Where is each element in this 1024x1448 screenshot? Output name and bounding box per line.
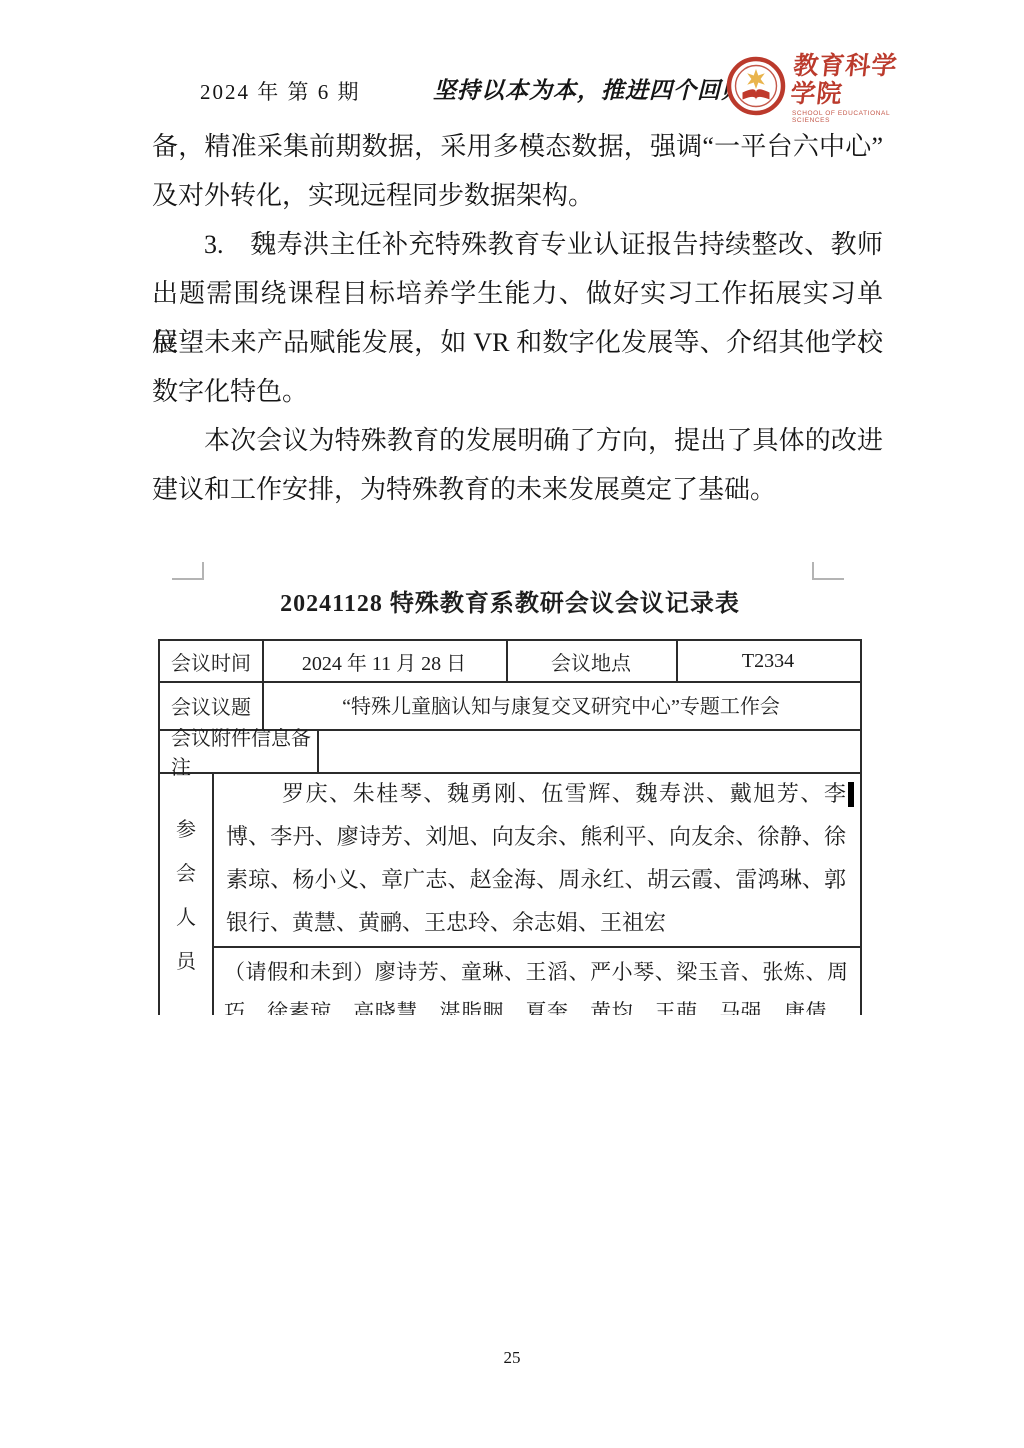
body-line: 3. 魏寿洪主任补充特殊教育专业认证报告持续整改、教师 [152,220,883,269]
body-line: 出题需围绕课程目标培养学生能力、做好实习工作拓展实习单位、 [152,269,883,318]
body-line: 数字化特色。 [152,367,883,416]
table-title: 20241128 特殊教育系教研会议会议记录表 [158,583,862,618]
school-logo: 教育科学学院 SCHOOL OF EDUCATIONAL SCIENCES [726,55,911,121]
meeting-location-label: 会议地点 [506,641,676,681]
body-line: 本次会议为特殊教育的发展明确了方向，提出了具体的改进 [152,416,883,465]
school-name-cn: 教育科学学院 [789,53,914,108]
text-boundary-corner-right [812,562,844,580]
school-emblem-icon [726,56,786,121]
participants-label-char: 会 [176,857,196,886]
participants-label-char: 参 [176,813,196,842]
issue-number: 2024 年 第 6 期 [200,76,361,106]
participants-label: 参 会 人 员 [160,772,212,1015]
participants-label-char: 人 [176,901,196,930]
body-line: 展望未来产品赋能发展，如 VR 和数字化发展等、介绍其他学校 [152,318,883,367]
header-slogan: 坚持以本为本，推进四个回归 [433,72,745,105]
attachment-note-label: 会议附件信息备注 [160,729,317,772]
absent-list: （请假和未到）廖诗芳、童琳、王滔、严小琴、梁玉音、张炼、周巧、徐素琼、高晓慧、湛… [212,946,860,1015]
attachment-note-value [317,729,860,772]
text-cursor [848,782,854,807]
document-page: 2024 年 第 6 期 坚持以本为本，推进四个回归 教育科学学院 SCHOOL… [0,0,1024,1448]
meeting-record-table: 会议时间 2024 年 11 月 28 日 会议地点 T2334 会议议题 “特… [158,639,862,1015]
body-line: 建议和工作安排，为特殊教育的未来发展奠定了基础。 [152,465,883,514]
page-number: 25 [0,1348,1024,1368]
body-line: 备，精准采集前期数据，采用多模态数据，强调“一平台六中心” [152,122,883,171]
body-text: 备，精准采集前期数据，采用多模态数据，强调“一平台六中心” 及对外转化，实现远程… [152,122,883,514]
body-line: 及对外转化，实现远程同步数据架构。 [152,171,883,220]
meeting-time-value: 2024 年 11 月 28 日 [262,641,506,681]
attendees-list: 罗庆、朱桂琴、魏勇刚、伍雪辉、魏寿洪、戴旭芳、李博、李丹、廖诗芳、刘旭、向友余、… [212,772,860,946]
meeting-location-value: T2334 [676,641,860,681]
text-boundary-corner-left [172,562,204,580]
meeting-time-label: 会议时间 [160,641,262,681]
meeting-topic-value: “特殊儿童脑认知与康复交叉研究中心”专题工作会 [262,681,860,729]
participants-label-char: 员 [176,945,196,974]
